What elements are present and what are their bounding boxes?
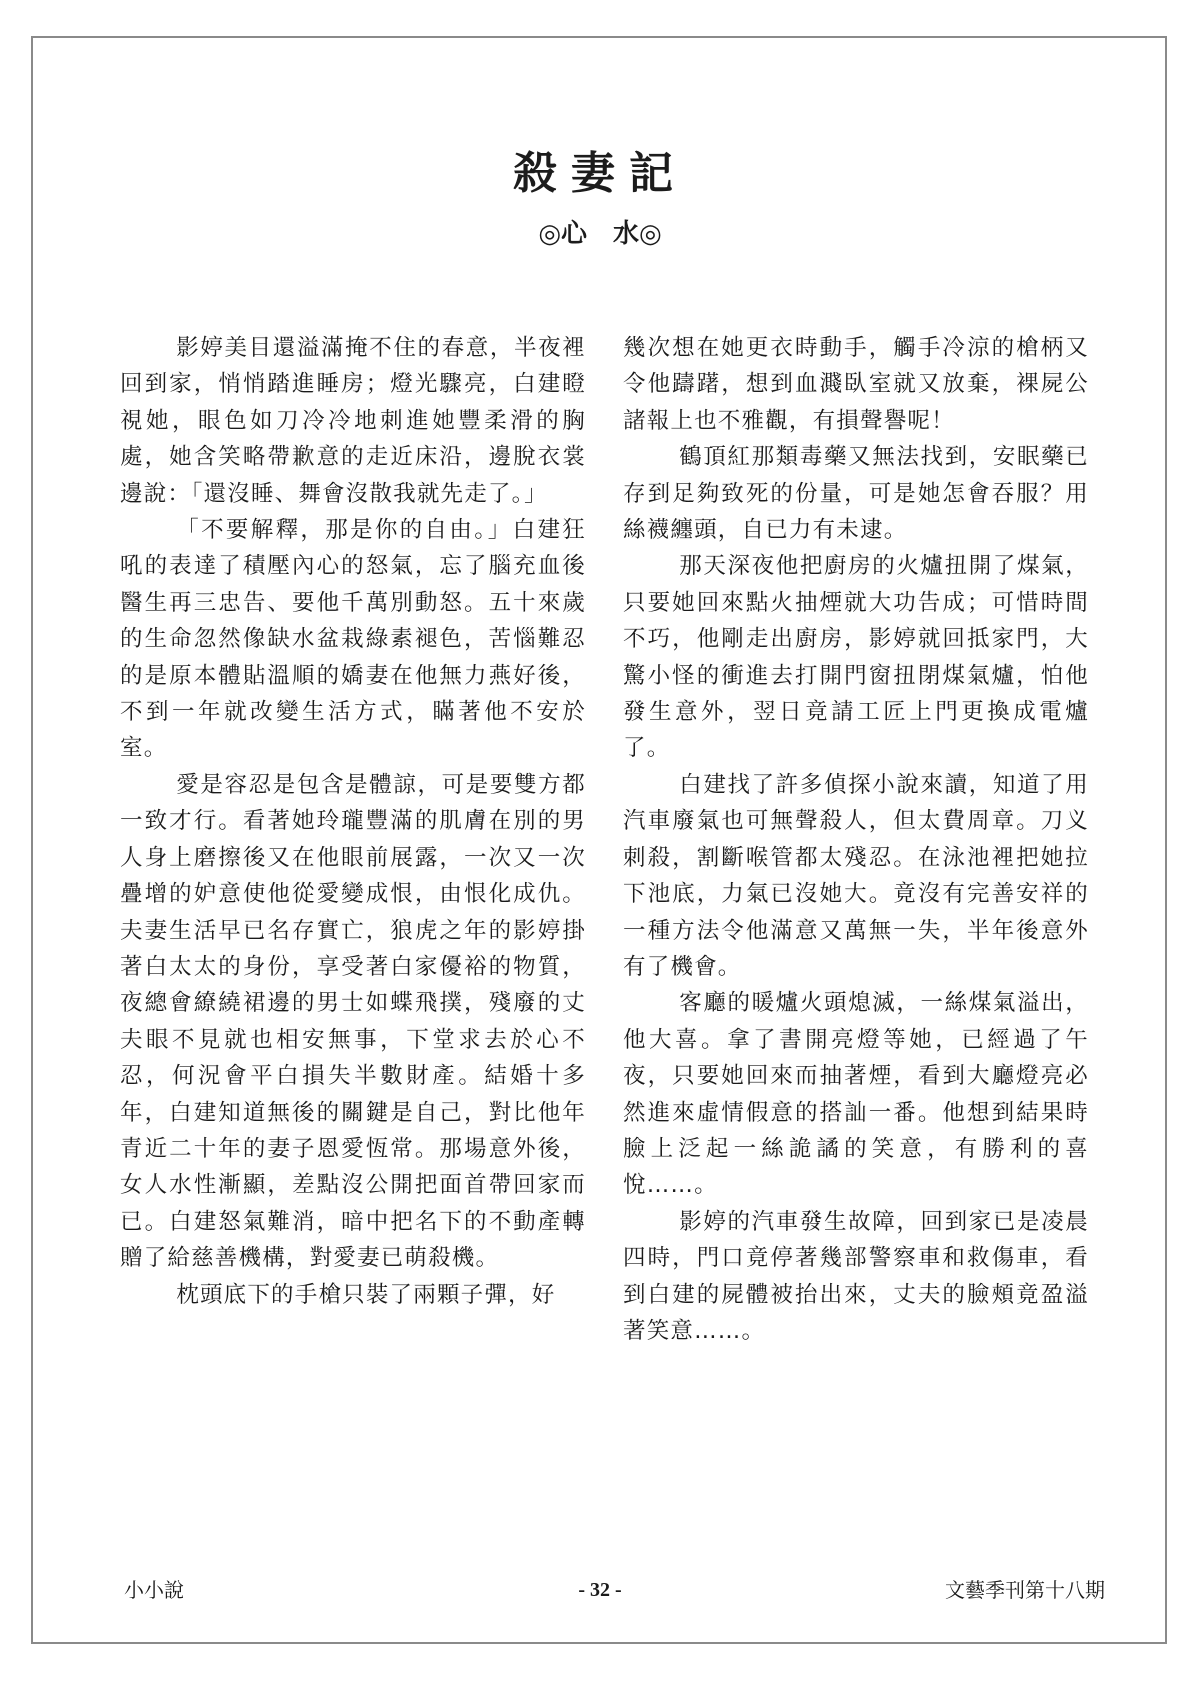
footer-publication: 文藝季刊第十八期 [945,1577,1105,1603]
paragraph: 影婷美目還溢滿掩不住的春意，半夜裡回到家，悄悄踏進睡房；燈光驟亮，白建瞪視她，眼… [120,330,586,512]
paragraph: 白建找了許多偵探小說來讀，知道了用汽車廢氣也可無聲殺人，但太費周章。刀义刺殺，割… [623,767,1089,985]
paragraph: 那天深夜他把廚房的火爐扭開了煤氣，只要她回來點火抽煙就大功告成；可惜時間不巧，他… [623,548,1089,766]
paragraph: 愛是容忍是包含是體諒，可是要雙方都一致才行。看著她玲瓏豐滿的肌膚在別的男人身上磨… [120,767,586,1277]
paragraph: 幾次想在她更衣時動手，觸手冷涼的槍柄又令他躊躇，想到血濺臥室就又放棄，裸屍公諸報… [623,330,1089,439]
paragraph: 鶴頂紅那類毒藥又無法找到，安眠藥已存到足夠致死的份量，可是她怎會吞服？用絲襪纏頭… [623,439,1089,548]
article-title: 殺妻記 [0,148,1200,200]
article-column-right: 幾次想在她更衣時動手，觸手冷涼的槍柄又令他躊躇，想到血濺臥室就又放棄，裸屍公諸報… [623,330,1089,1349]
paragraph: 影婷的汽車發生故障，回到家已是凌晨四時，門口竟停著幾部警察車和救傷車，看到白建的… [623,1204,1089,1350]
paragraph: 枕頭底下的手槍只裝了兩顆子彈，好 [120,1277,586,1313]
paragraph: 客廳的暖爐火頭熄滅，一絲煤氣溢出，他大喜。拿了書開亮燈等她，已經過了午夜，只要她… [623,985,1089,1203]
paragraph: 「不要解釋，那是你的自由。」白建狂吼的表達了積壓內心的怒氣，忘了腦充血後醫生再三… [120,512,586,767]
article-column-left: 影婷美目還溢滿掩不住的春意，半夜裡回到家，悄悄踏進睡房；燈光驟亮，白建瞪視她，眼… [120,330,586,1313]
article-byline: ◎心 水◎ [0,218,1200,250]
